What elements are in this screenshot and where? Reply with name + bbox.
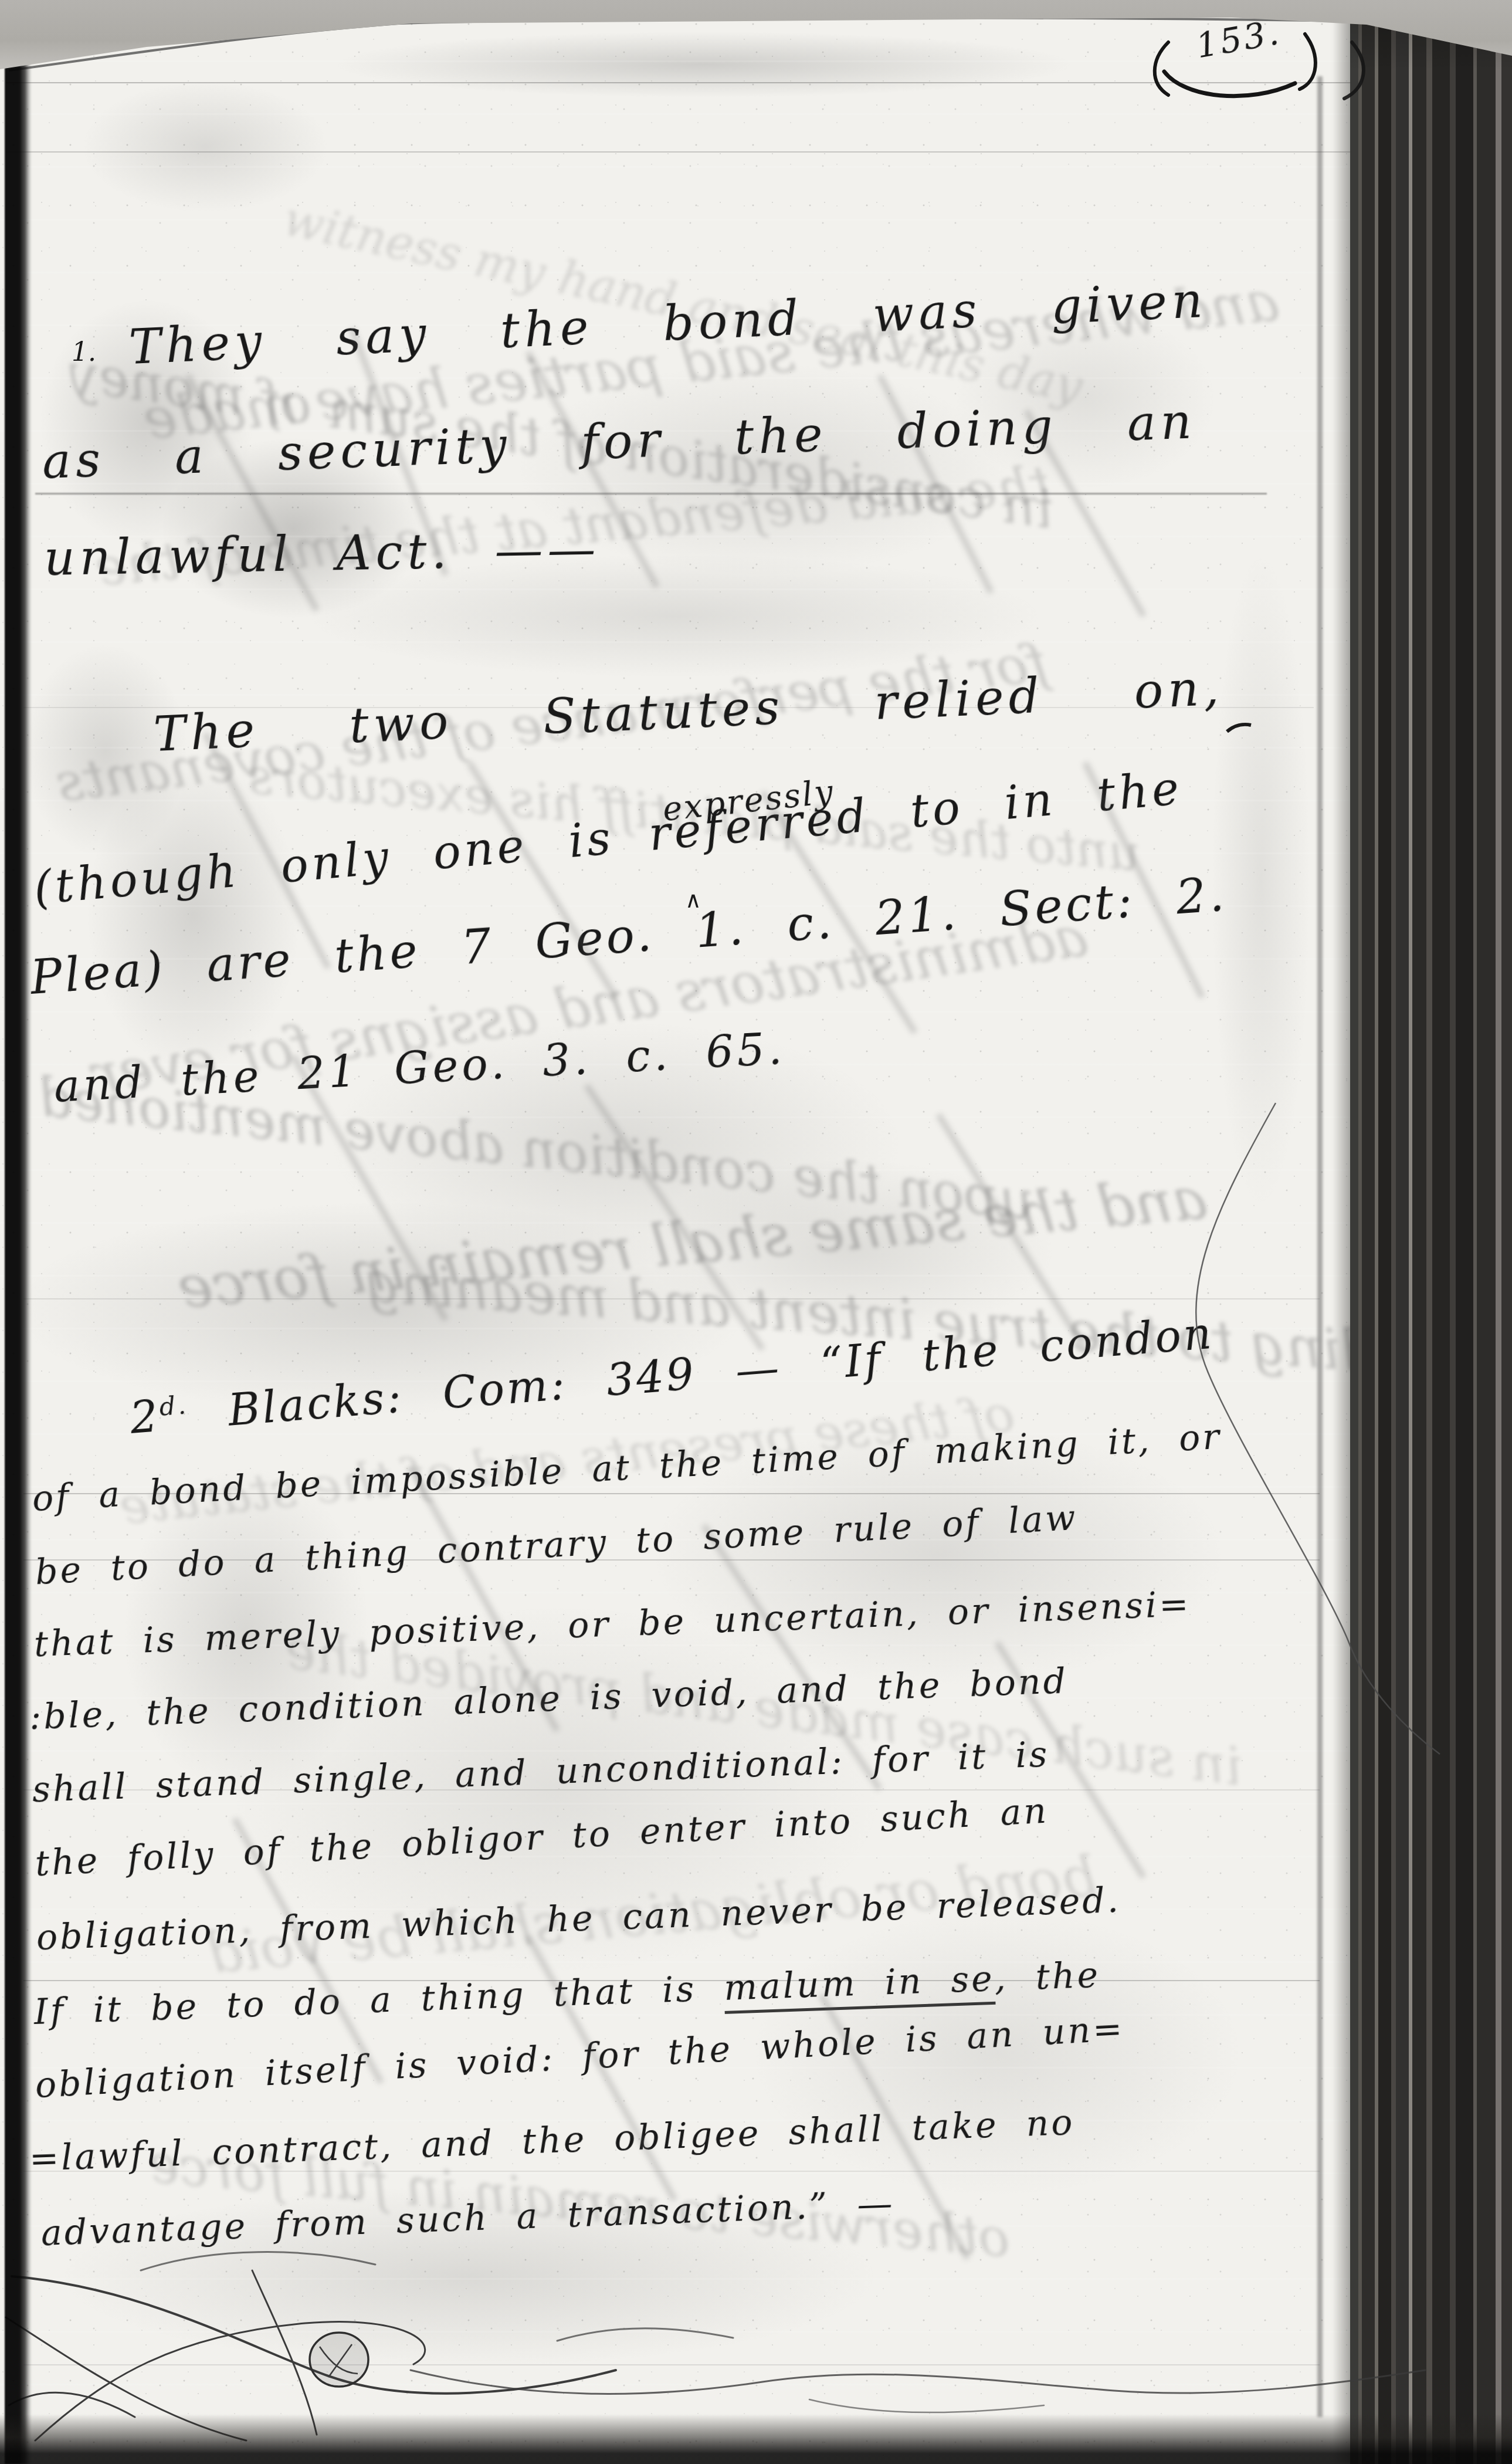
handwriting-line-marker: 1.	[72, 337, 96, 367]
insertion-gap	[615, 850, 650, 853]
handwriting-line: :ble, the condition alone is void, and t…	[29, 1660, 1069, 1738]
handwriting-line: as a security for the doing an	[41, 394, 1197, 490]
ruled-line	[35, 493, 1267, 495]
bottom-threads	[6, 2252, 1425, 2441]
line-segment: referred to in the	[646, 762, 1184, 861]
handwriting-line: advantage from such a transaction.” —	[40, 2183, 896, 2254]
handwriting-line: unlawful Act. ——	[43, 521, 601, 587]
handwriting-line: The two Statutes relied on,	[152, 660, 1225, 763]
line-segment: Blacks: Com: 349 — “If the condon	[226, 1308, 1215, 1436]
page-number: 153.	[1193, 12, 1284, 66]
left-binding-edge	[5, 40, 32, 2464]
handwriting-line: They say the bond was given	[128, 273, 1208, 375]
line-segment: , the	[994, 1955, 1101, 1999]
handwriting-line: and the 21 Geo. 3. c. 65.	[53, 1024, 786, 1112]
margin-dash-mark	[1227, 725, 1251, 732]
handwriting-line: that is merely positive, or be uncertain…	[33, 1583, 1192, 1665]
adjacent-page-top-band	[0, 0, 1512, 73]
ruled-line	[23, 2364, 1320, 2365]
handwriting-line-heading: 2d. Blacks: Com: 349 — “If the condon	[128, 1308, 1216, 1444]
underlined-phrase: malum in se	[723, 1958, 995, 2014]
line-segment: If it be to do a thing that is	[33, 1968, 725, 2033]
handwriting-line: obligation, from which he can never be r…	[36, 1879, 1121, 1958]
ruled-line	[6, 82, 1507, 83]
bottom-edge-shadow	[0, 2414, 1512, 2464]
handwriting-line: be to do a thing contrary to some rule o…	[34, 1497, 1079, 1593]
ruled-line	[6, 151, 1507, 153]
book-gutter-page-edges	[1350, 0, 1512, 2464]
manuscript-page: and whereas the said parties have made i…	[0, 0, 1512, 2464]
right-margin-rule	[1317, 76, 1323, 2417]
superscript: d.	[158, 1391, 189, 1423]
ghost-writing: and the same shall remain in force	[175, 1163, 1210, 1322]
line-segment: 2	[128, 1391, 162, 1444]
ruled-line	[23, 1298, 1320, 1299]
line-segment: (though only one is	[32, 812, 616, 915]
handwriting-line: =lawful contract, and the obligee shall …	[29, 2102, 1076, 2179]
oval-mark	[310, 2333, 368, 2387]
